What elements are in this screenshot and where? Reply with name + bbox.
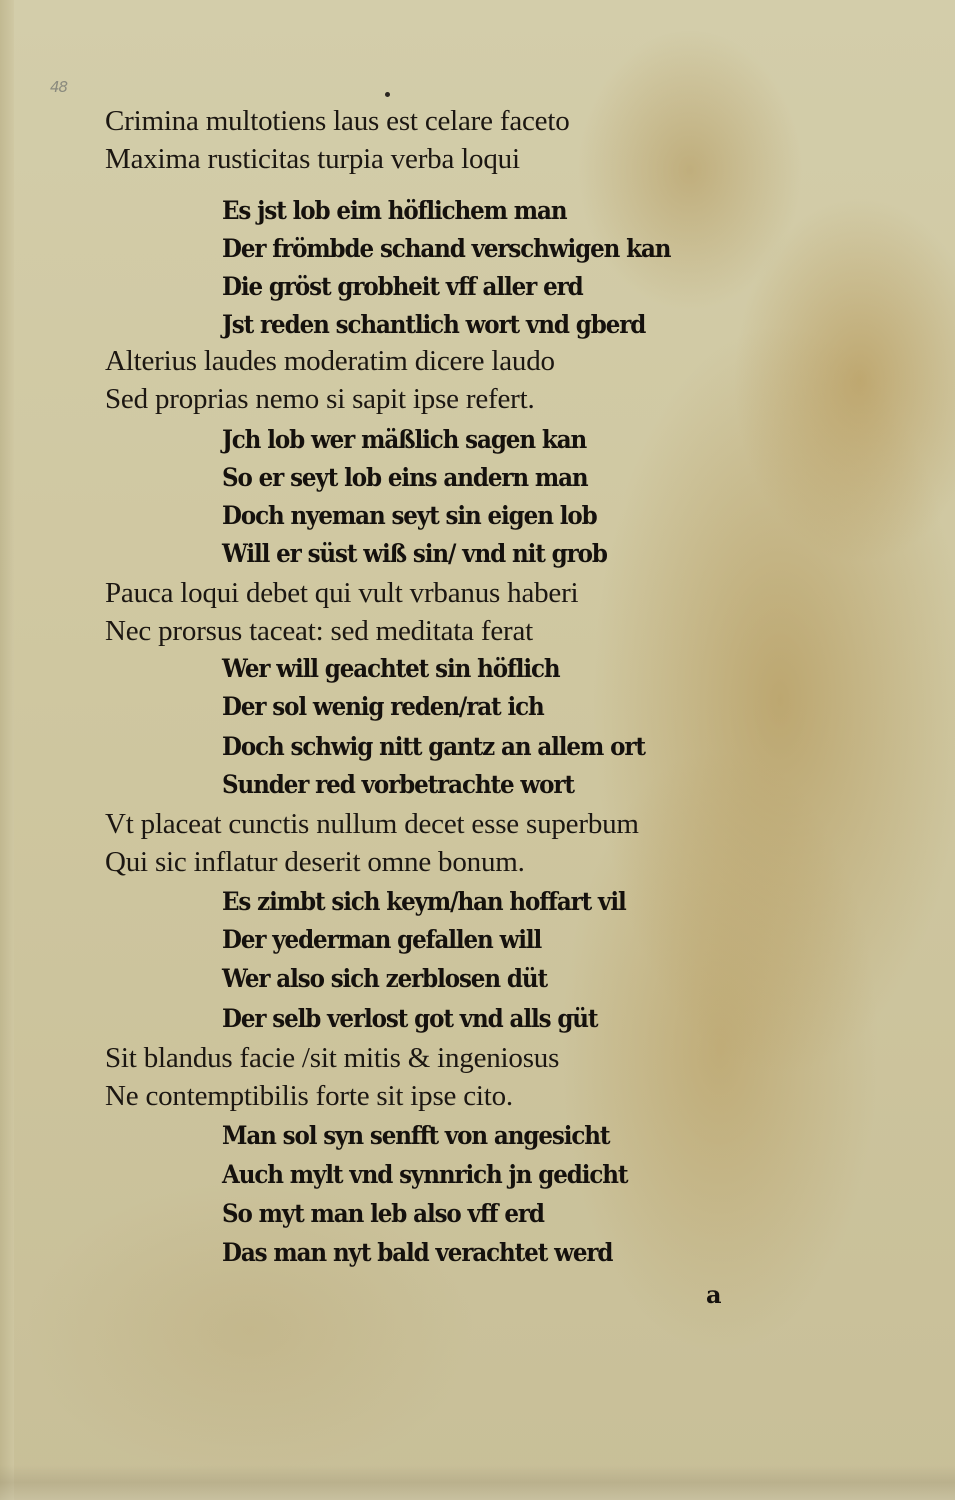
latin-line: Sed proprias nemo si sapit ipse refert. <box>105 383 535 416</box>
page-bottom-edge <box>0 1465 955 1500</box>
german-line: Das man nyt bald verachtet werd <box>222 1238 612 1267</box>
german-line: Es zimbt sich keym/han hoffart vil <box>222 887 626 916</box>
german-line: Jch lob wer mäßlich sagen kan <box>222 425 586 454</box>
german-line: So myt man leb also vff erd <box>222 1199 544 1228</box>
german-line: Will er süst wiß sin/ vnd nit grob <box>222 539 607 568</box>
latin-line: Vt placeat cunctis nullum decet esse sup… <box>105 808 639 841</box>
german-line: Wer also sich zerblosen düt <box>222 964 547 993</box>
latin-line: Maxima rusticitas turpia verba loqui <box>105 143 520 176</box>
german-line: Jst reden schantlich wort vnd gberd <box>222 310 645 339</box>
german-line: Der yederman gefallen will <box>222 925 541 954</box>
german-line: Es jst lob eim höflichem man <box>222 196 566 225</box>
latin-line: Nec prorsus taceat: sed meditata ferat <box>105 615 533 648</box>
latin-line: Sit blandus facie /sit mitis & ingeniosu… <box>105 1042 559 1075</box>
german-line: Doch schwig nitt gantz an allem ort <box>222 732 645 761</box>
latin-line: Pauca loqui debet qui vult vrbanus haber… <box>105 577 578 610</box>
german-line: Der selb verlost got vnd alls güt <box>222 1004 597 1033</box>
german-line: Sunder red vorbetrachte wort <box>222 770 574 799</box>
page-gutter <box>0 0 14 1500</box>
german-line: Auch mylt vnd synnrich jn gedicht <box>222 1160 627 1189</box>
latin-line: Crimina multotiens laus est celare facet… <box>105 105 570 138</box>
latin-line: Qui sic inflatur deserit omne bonum. <box>105 846 525 879</box>
german-line: Man sol syn senfft von angesicht <box>222 1121 609 1150</box>
german-line: Die gröst grobheit vff aller erd <box>222 272 583 301</box>
handwritten-folio-number: 48 <box>50 78 67 96</box>
german-line: So er seyt lob eins andern man <box>222 463 588 492</box>
german-line: Der frömbde schand verschwigen kan <box>222 234 670 263</box>
latin-line: Alterius laudes moderatim dicere laudo <box>105 345 555 378</box>
ink-dot-mark <box>385 92 390 97</box>
book-page: 48 Crimina multotiens laus est celare fa… <box>0 0 955 1500</box>
latin-line: Ne contemptibilis forte sit ipse cito. <box>105 1080 513 1113</box>
german-line: Doch nyeman seyt sin eigen lob <box>222 501 597 530</box>
german-line: Der sol wenig reden/rat ich <box>222 692 544 721</box>
german-line: Wer will geachtet sin höflich <box>222 654 560 683</box>
signature-mark: a <box>706 1280 722 1309</box>
